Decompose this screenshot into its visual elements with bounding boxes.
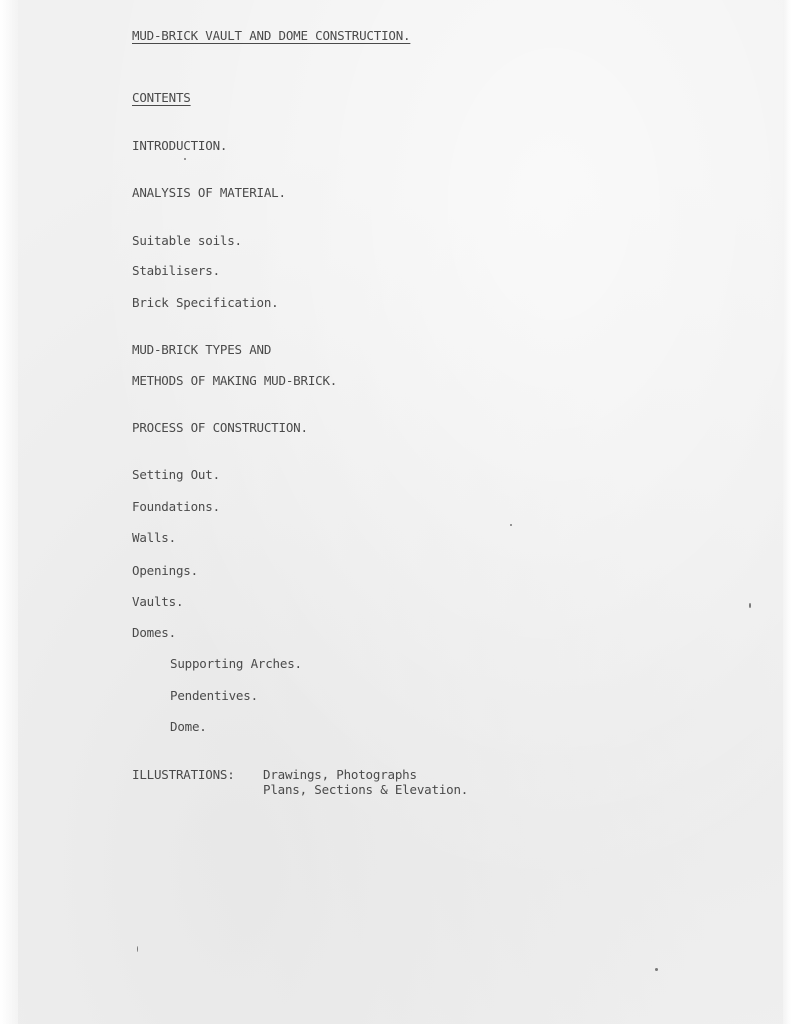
document-body: MUD-BRICK VAULT AND DOME CONSTRUCTION. C… — [0, 0, 791, 1024]
toc-entry-stabilisers: Stabilisers. — [132, 263, 220, 278]
toc-entry-openings: Openings. — [132, 563, 198, 578]
toc-entry-domes: Domes. — [132, 625, 176, 640]
toc-entry-mud-brick-types: MUD-BRICK TYPES AND — [132, 342, 271, 357]
toc-entry-process-of-construction: PROCESS OF CONSTRUCTION. — [132, 420, 308, 435]
toc-entry-dome: Dome. — [170, 719, 207, 734]
toc-entry-analysis-of-material: ANALYSIS OF MATERIAL. — [132, 185, 286, 200]
toc-entry-introduction: INTRODUCTION. — [132, 138, 227, 153]
toc-entry-methods-of-making: METHODS OF MAKING MUD-BRICK. — [132, 373, 337, 388]
toc-entry-setting-out: Setting Out. — [132, 467, 220, 482]
scan-speck — [510, 524, 512, 526]
scan-speck — [137, 946, 138, 952]
toc-entry-vaults: Vaults. — [132, 594, 183, 609]
illustrations-line-1: Drawings, Photographs — [263, 767, 417, 782]
contents-heading: CONTENTS — [132, 90, 191, 105]
toc-entry-supporting-arches: Supporting Arches. — [170, 656, 302, 671]
document-title: MUD-BRICK VAULT AND DOME CONSTRUCTION. — [132, 28, 410, 43]
toc-entry-suitable-soils: Suitable soils. — [132, 233, 242, 248]
toc-entry-walls: Walls. — [132, 530, 176, 545]
illustrations-label: ILLUSTRATIONS: — [132, 767, 235, 782]
toc-entry-pendentives: Pendentives. — [170, 688, 258, 703]
scan-speck — [184, 158, 186, 160]
toc-entry-brick-specification: Brick Specification. — [132, 295, 279, 310]
scan-speck — [655, 968, 658, 971]
scan-speck — [749, 603, 751, 608]
toc-entry-foundations: Foundations. — [132, 499, 220, 514]
illustrations-line-2: Plans, Sections & Elevation. — [263, 782, 468, 797]
